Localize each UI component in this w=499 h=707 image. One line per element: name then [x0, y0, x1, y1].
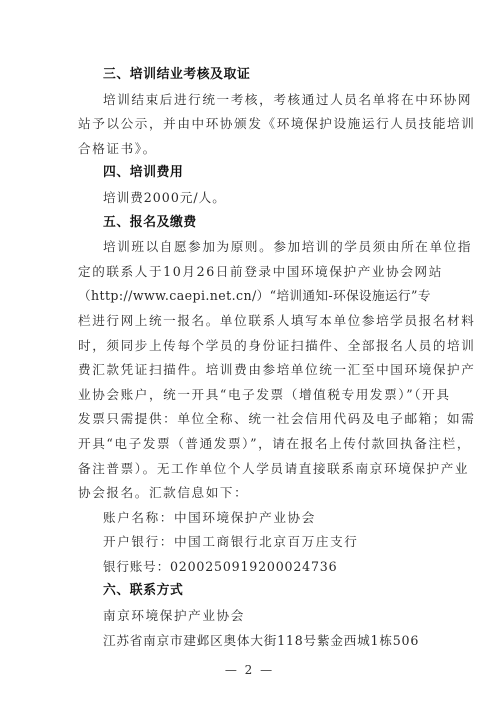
section-heading-registration: 五、报名及缴费 — [78, 211, 424, 236]
contact-organization: 南京环境保护产业协会 — [78, 604, 424, 629]
paragraph-line: 费汇款凭证扫描件。培训费由参培单位统一汇至中国环境保护产 — [78, 358, 424, 383]
paragraph-line: 业协会账户，统一开具“电子发票（增值税专用发票）”（开具 — [78, 383, 424, 408]
paragraph-line: 时，须同步上传每个学员的身份证扫描件、全部报名人员的培训 — [78, 334, 424, 359]
remittance-bank: 开户银行：中国工商银行北京百万庄支行 — [78, 530, 424, 555]
contact-address: 江苏省南京市建邺区奥体大街118号紫金西城1栋506 — [78, 629, 424, 654]
paragraph-line: 培训班以自愿参加为原则。参加培训的学员须由所在单位指 — [78, 235, 424, 260]
paragraph-line: 培训结束后进行统一考核，考核通过人员名单将在中环协网 — [78, 88, 424, 113]
paragraph-line: 站予以公示，并由中环协颁发《环境保护设施运行人员技能培训 — [78, 112, 424, 137]
paragraph-line: 协会报名。汇款信息如下： — [78, 481, 424, 506]
paragraph-line: 开具“电子发票（普通发票）”，请在报名上传付款回执备注栏， — [78, 432, 424, 457]
document-body: 三、培训结业考核及取证 培训结束后进行统一考核，考核通过人员名单将在中环协网 站… — [78, 63, 424, 653]
section-heading-contact: 六、联系方式 — [78, 579, 424, 604]
paragraph-line: 栏进行网上统一报名。单位联系人填写本单位参培学员报名材料 — [78, 309, 424, 334]
paragraph-line: 备注普票）。无工作单位个人学员请直接联系南京环境保护产业 — [78, 457, 424, 482]
page-number: — 2 — — [0, 663, 499, 677]
document-page: 三、培训结业考核及取证 培训结束后进行统一考核，考核通过人员名单将在中环协网 站… — [0, 0, 499, 707]
paragraph-line: 培训费2000元/人。 — [78, 186, 424, 211]
paragraph-line: 合格证书》。 — [78, 137, 424, 162]
paragraph-line: 发票只需提供：单位全称、统一社会信用代码及电子邮箱；如需 — [78, 407, 424, 432]
section-heading-fees: 四、培训费用 — [78, 161, 424, 186]
paragraph-line-url: （http://www.caepi.net.cn/）“培训通知-环保设施运行”专 — [78, 284, 424, 309]
section-heading-assessment: 三、培训结业考核及取证 — [78, 63, 424, 88]
remittance-account-name: 账户名称：中国环境保护产业协会 — [78, 506, 424, 531]
remittance-account-number: 银行账号：0200250919200024736 — [78, 555, 424, 580]
paragraph-line: 定的联系人于10月26日前登录中国环境保护产业协会网站 — [78, 260, 424, 285]
